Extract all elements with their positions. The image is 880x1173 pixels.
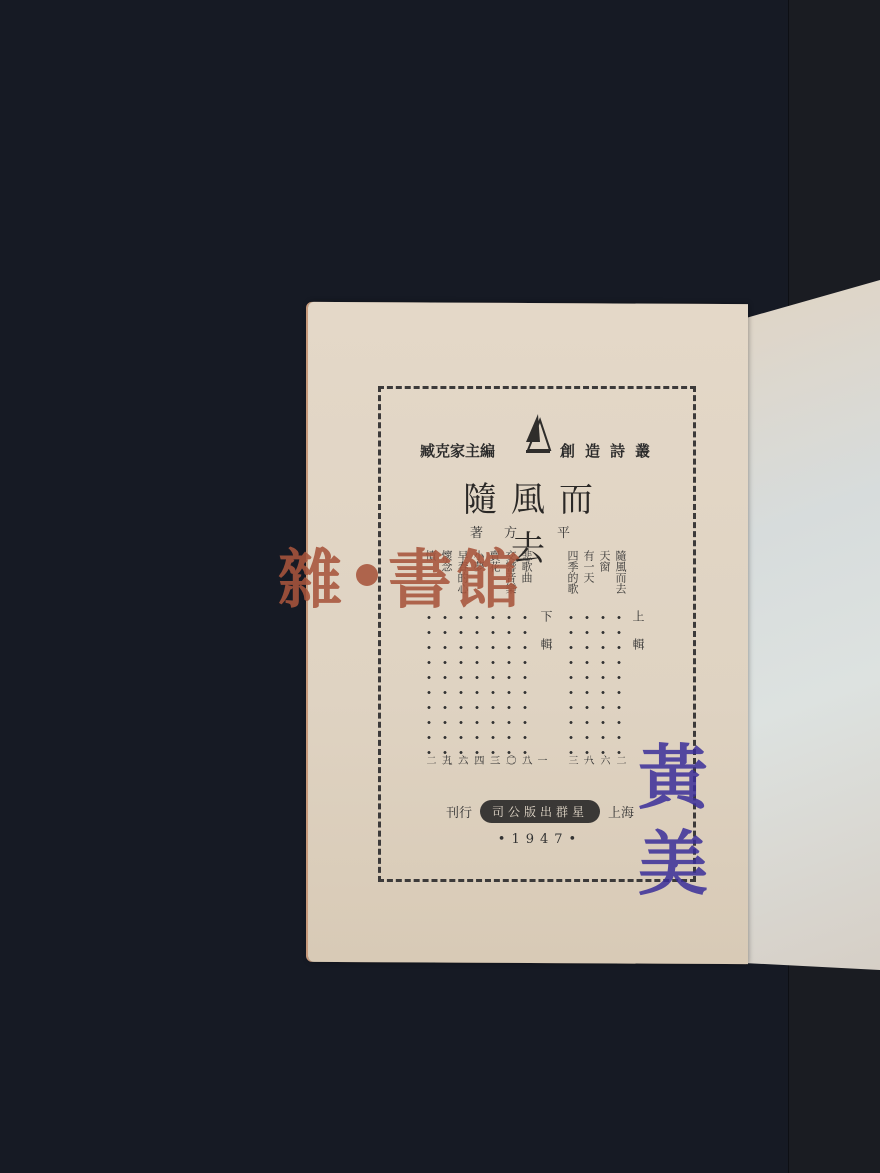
publisher-suffix: 刊行 — [446, 802, 472, 821]
watermark-right: 書館 — [388, 529, 524, 621]
toc-page: 二 — [612, 755, 627, 765]
toc-leader-dots — [617, 610, 621, 760]
sail-logo-icon — [524, 412, 552, 458]
watermark-dot-icon — [356, 564, 378, 586]
toc-leader-dots — [523, 610, 527, 760]
toc-leader-dots — [491, 610, 495, 760]
toc-page: 六 — [596, 755, 611, 765]
toc-leader-dots — [585, 610, 589, 760]
watermark-left: 雜 — [278, 529, 346, 621]
toc-entry: 隨風而去 — [612, 550, 626, 594]
series-name: 創造詩叢 — [560, 440, 660, 461]
toc-page: 三二 — [422, 755, 452, 770]
toc-page: 一三 — [564, 755, 594, 770]
toc-leader-dots — [459, 610, 463, 760]
library-watermark: 雜 書館 — [278, 530, 608, 620]
publisher-line: 上海 星群出版公司 刊行 — [420, 798, 660, 824]
toc-leader-dots — [569, 610, 573, 760]
publication-year: •1947• — [460, 832, 620, 847]
toc-leader-dots — [601, 610, 605, 760]
ink-signature-stamp: 黃美 — [628, 735, 718, 915]
facing-blank-page — [746, 280, 880, 970]
publisher-name-badge: 星群出版公司 — [480, 800, 600, 823]
toc-upper-label: 上輯 — [630, 610, 647, 666]
toc-leader-dots — [507, 610, 511, 760]
toc-leader-dots — [443, 610, 447, 760]
series-editor: 臧克家主編 — [420, 440, 495, 461]
toc-leader-dots — [475, 610, 479, 760]
toc-leader-dots — [427, 610, 431, 760]
